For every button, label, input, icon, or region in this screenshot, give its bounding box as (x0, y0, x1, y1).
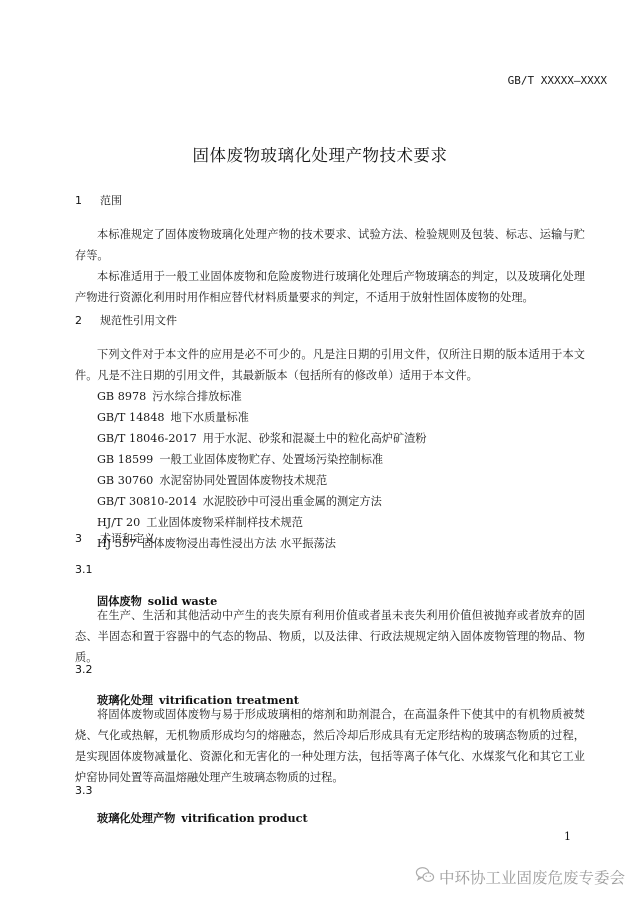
reference-list: GB 8978污水综合排放标准 GB/T 14848地下水质量标准 GB/T 1… (97, 386, 427, 554)
reference-code: HJ/T 20 (97, 516, 140, 529)
reference-item: GB 30760水泥窑协同处置固体废物技术规范 (97, 470, 427, 491)
reference-name: 地下水质量标准 (171, 411, 249, 424)
section-heading-terms-definitions: 3术语和定义 (75, 530, 155, 546)
section-heading-scope: 1范围 (75, 192, 122, 208)
term-en: vitrification product (181, 811, 307, 825)
section-number: 1 (75, 194, 100, 207)
document-code: GB/T XXXXX—XXXX (508, 74, 607, 87)
page-number: 1 (564, 830, 571, 843)
reference-name: 污水综合排放标准 (152, 390, 242, 403)
reference-code: GB 18599 (97, 453, 153, 466)
clause-number-3-3: 3.3 (75, 784, 93, 797)
section-title: 规范性引用文件 (100, 314, 177, 327)
scope-paragraph-2: 本标准适用于一般工业固体废物和危险废物进行玻璃化处理后产物玻璃态的判定，以及玻璃… (75, 266, 585, 308)
clause-number-3-2: 3.2 (75, 663, 93, 676)
reference-name: 工业固体废物采样制样技术规范 (146, 516, 303, 529)
watermark-text: 中环协工业固废危废专委会 (439, 866, 625, 888)
reference-name: 一般工业固体废物贮存、处置场污染控制标准 (159, 453, 383, 466)
reference-name: 固体废物浸出毒性浸出方法 水平振荡法 (142, 537, 336, 550)
reference-item: GB/T 30810-2014水泥胶砂中可浸出重金属的测定方法 (97, 491, 427, 512)
reference-code: GB/T 30810-2014 (97, 495, 197, 508)
watermark: 中环协工业固废危废专委会 (415, 866, 625, 888)
reference-code: GB/T 14848 (97, 411, 165, 424)
reference-code: GB 30760 (97, 474, 153, 487)
reference-name: 水泥窑协同处置固体废物技术规范 (159, 474, 327, 487)
reference-item: GB/T 14848地下水质量标准 (97, 407, 427, 428)
section-title: 术语和定义 (100, 532, 155, 545)
reference-code: GB/T 18046-2017 (97, 432, 197, 445)
section-title: 范围 (100, 194, 122, 207)
section-heading-normative-references: 2规范性引用文件 (75, 312, 177, 328)
definition-vitrification-treatment: 将固体废物或固体废物与易于形成玻璃相的熔剂和助剂混合，在高温条件下使其中的有机物… (75, 704, 585, 788)
reference-item: GB/T 18046-2017用于水泥、砂浆和混凝土中的粒化高炉矿渣粉 (97, 428, 427, 449)
references-intro-paragraph: 下列文件对于本文件的应用是必不可少的。凡是注日期的引用文件，仅所注日期的版本适用… (75, 344, 585, 386)
clause-number-3-1: 3.1 (75, 563, 93, 576)
scope-paragraph-1: 本标准规定了固体废物玻璃化处理产物的技术要求、试验方法、检验规则及包装、标志、运… (75, 224, 585, 266)
section-number: 2 (75, 314, 100, 327)
definition-solid-waste: 在生产、生活和其他活动中产生的丧失原有利用价值或者虽未丧失利用价值但被抛弃或者放… (75, 605, 585, 668)
reference-item: GB 8978污水综合排放标准 (97, 386, 427, 407)
document-title: 固体废物玻璃化处理产物技术要求 (0, 142, 640, 166)
reference-code: GB 8978 (97, 390, 146, 403)
reference-item: GB 18599一般工业固体废物贮存、处置场污染控制标准 (97, 449, 427, 470)
reference-name: 水泥胶砂中可浸出重金属的测定方法 (203, 495, 382, 508)
term-vitrification-product: 玻璃化处理产物vitrification product (97, 810, 308, 826)
wechat-icon (415, 866, 435, 888)
term-zh: 玻璃化处理产物 (97, 811, 175, 825)
reference-name: 用于水泥、砂浆和混凝土中的粒化高炉矿渣粉 (203, 432, 427, 445)
section-number: 3 (75, 532, 100, 545)
